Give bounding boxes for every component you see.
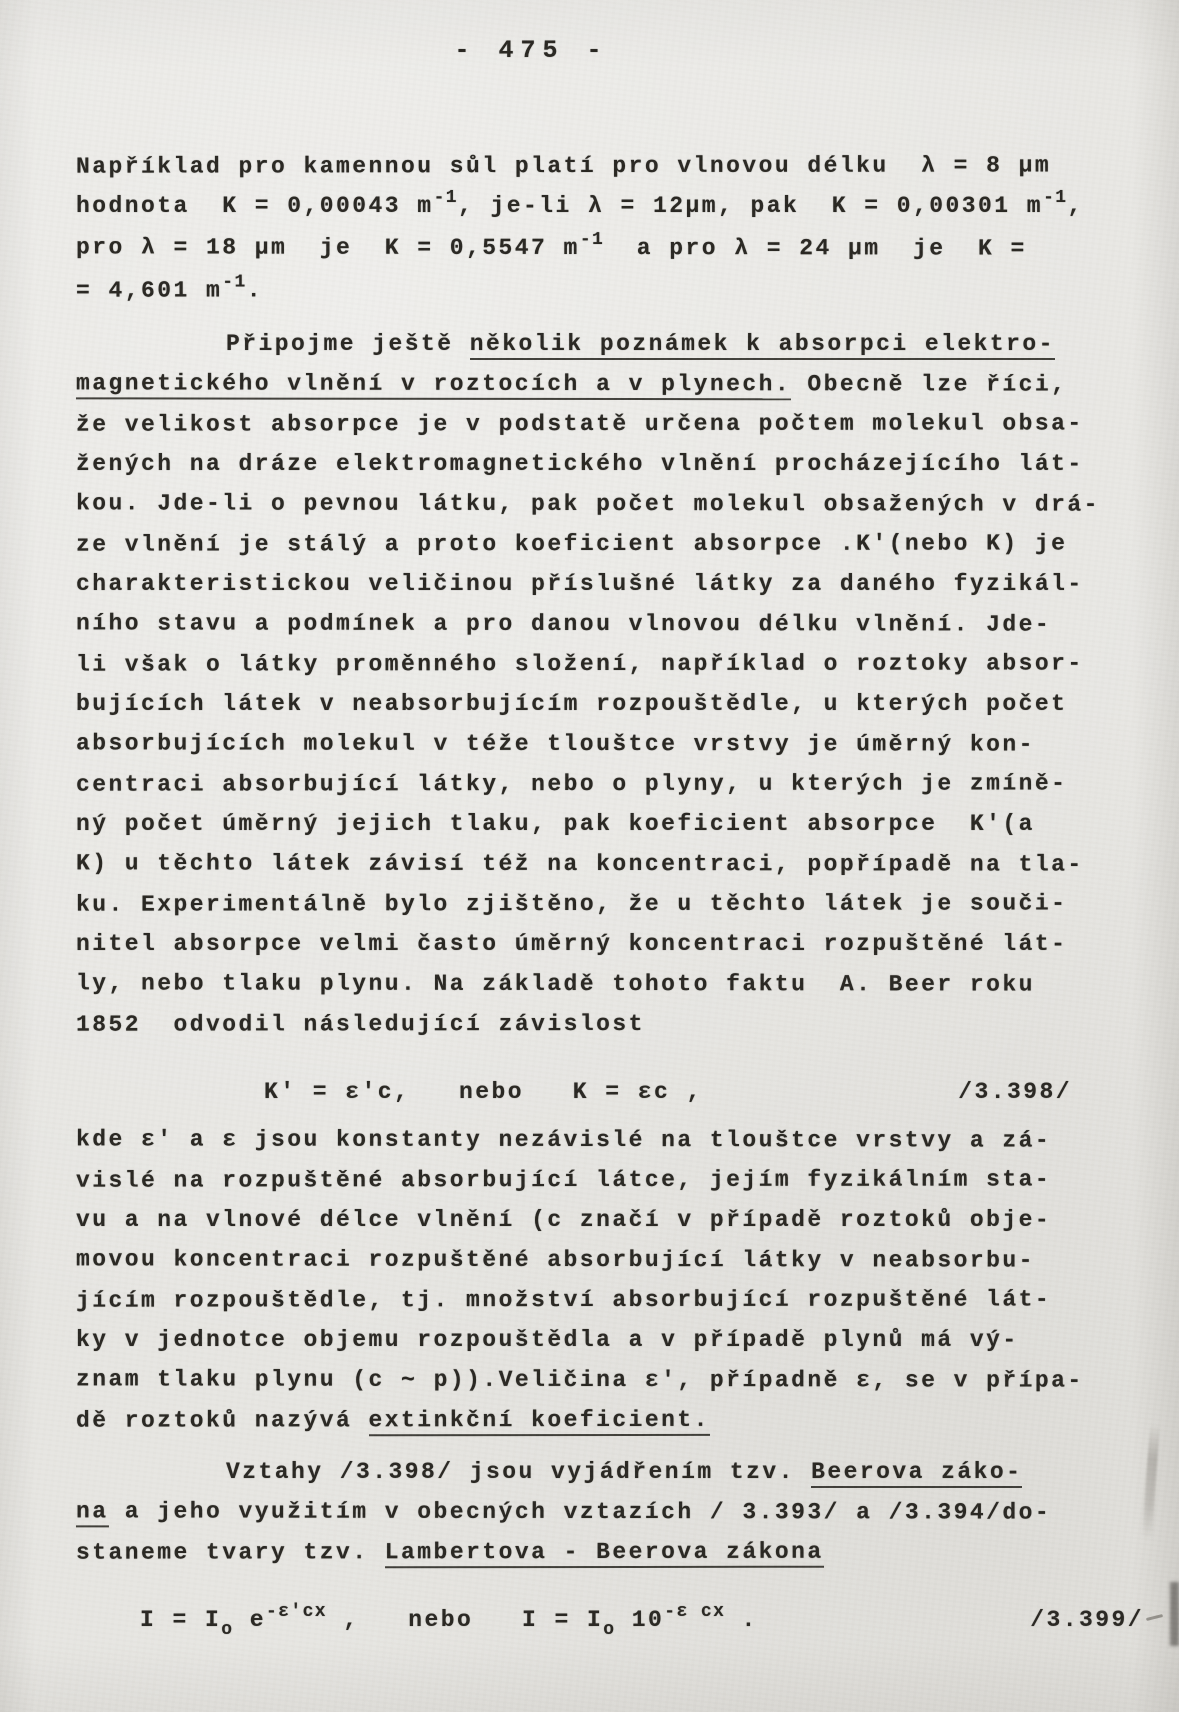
text-segment: -1 <box>580 230 604 250</box>
text-line: pro λ = 18 μm je K = 0,5547 m-1 a pro λ … <box>76 227 1128 270</box>
underlined-text: magnetického vlnění v roztocích a v plyn… <box>76 370 791 400</box>
text-line: centraci absorbující látky, nebo o plyny… <box>76 763 1128 804</box>
text-segment: hodnota K = 0,00043 m <box>76 193 434 219</box>
text-segment: ly, nebo tlaku plynu. Na základě tohoto … <box>76 970 1035 997</box>
text-segment: jícím rozpouštědle, tj. množství absorbu… <box>76 1286 1051 1313</box>
text-line: ný počet úměrný jejich tlaku, pak koefic… <box>76 804 1128 844</box>
text-segment: staneme tvary tzv. <box>76 1539 385 1565</box>
text-segment: Obecně lze říci, <box>791 371 1067 397</box>
text-line: li však o látky proměnného složení, např… <box>76 643 1128 684</box>
page-number: - 475 - <box>0 36 1121 65</box>
text-line: ky v jednotce objemu rozpouštědla a v př… <box>76 1320 1128 1360</box>
text-segment: nitel absorpce velmi často úměrný koncen… <box>76 931 1067 957</box>
edge-smudge <box>1170 1582 1179 1646</box>
page: - 475 - Například pro kamennou sůl platí… <box>0 0 1179 1712</box>
text-segment: , <box>1067 193 1083 219</box>
text-line: kde ε′ a ε jsou konstanty nezávislé na t… <box>76 1119 1128 1160</box>
text-segment: kde ε′ a ε jsou konstanty nezávislé na t… <box>76 1126 1051 1153</box>
text-segment: movou koncentraci rozpuštěné absorbující… <box>76 1246 1035 1273</box>
text-body: Například pro kamennou sůl platí pro vln… <box>76 146 1128 1642</box>
text-line: Vztahy /3.398/ jsou vyjádřením tzv. Beer… <box>76 1452 1128 1492</box>
text-segment: -ε cx <box>664 1602 725 1622</box>
text-segment: , je-li λ = 12μm, pak K = 0,00301 m <box>458 193 1043 219</box>
text-segment: bujících látek v neabsorbujícím rozpoušt… <box>76 691 1067 717</box>
text-line: Připojme ještě několik poznámek k absorp… <box>76 324 1128 364</box>
text-line: staneme tvary tzv. Lambertova - Beerova … <box>76 1531 1128 1572</box>
text-line: znam tlaku plynu (c ∼ p)).Veličina ε′, p… <box>76 1359 1128 1400</box>
text-segment: . <box>247 277 263 303</box>
pencil-mark <box>1142 1424 1160 1540</box>
text-segment: Například pro kamennou sůl platí pro vln… <box>76 152 1051 179</box>
text-line: K) u těchto látek závisí též na koncentr… <box>76 843 1128 884</box>
text-segment: , nebo I = I <box>327 1607 603 1633</box>
text-segment: -1 <box>1043 188 1067 208</box>
text-line: absorbujících molekul v téže tlouštce vr… <box>76 723 1128 764</box>
text-segment: . <box>725 1607 758 1633</box>
pen-tick <box>1146 1614 1163 1621</box>
text-segment: ze vlnění je stálý a proto koeficient ab… <box>76 530 1067 557</box>
text-line: magnetického vlnění v roztocích a v plyn… <box>76 363 1128 404</box>
text-segment: ku. Experimentálně bylo zjištěno, že u t… <box>76 890 1067 917</box>
text-segment: absorbujících molekul v téže tlouštce vr… <box>76 730 1035 757</box>
text-segment: kou. Jde-li o pevnou látku, pak počet mo… <box>76 490 1100 517</box>
text-line: hodnota K = 0,00043 m-1, je-li λ = 12μm,… <box>76 186 1128 228</box>
text-line: dě roztoků nazývá extinkční koeficient. <box>76 1399 1128 1440</box>
text-segment: žených na dráze elektromagnetického vlně… <box>76 451 1084 477</box>
text-segment: Připojme ještě <box>226 331 470 357</box>
text-line: 1852 odvodil následující závislost <box>76 1003 1128 1044</box>
underlined-text: extinkční koeficient. <box>369 1407 710 1436</box>
equation-number: /3.398/ <box>958 1072 1072 1112</box>
text-line: kou. Jde-li o pevnou látku, pak počet mo… <box>76 483 1128 524</box>
text-line: ku. Experimentálně bylo zjištěno, že u t… <box>76 883 1128 924</box>
equation-line: I = Io e-ε′cx , nebo I = Io 10-ε cx ./3.… <box>76 1600 1128 1642</box>
text-segment: I = I <box>140 1607 221 1633</box>
text-segment: znam tlaku plynu (c ∼ p)).Veličina ε′, p… <box>76 1366 1084 1393</box>
text-segment: 1852 odvodil následující závislost <box>76 1011 645 1038</box>
text-segment: a pro λ = 24 μm je K = <box>604 235 1027 262</box>
text-segment: ný počet úměrný jejich tlaku, pak koefic… <box>76 811 1035 837</box>
equation-number: /3.399/ <box>1030 1600 1144 1640</box>
text-line: ze vlnění je stálý a proto koeficient ab… <box>76 523 1128 564</box>
underlined-text: Lambertova - Beerova zákona <box>385 1539 824 1569</box>
text-segment: ky v jednotce objemu rozpouštědla a v př… <box>76 1327 1019 1353</box>
text-segment: li však o látky proměnného složení, např… <box>76 650 1084 677</box>
text-line: žených na dráze elektromagnetického vlně… <box>76 444 1128 484</box>
text-line: jícím rozpouštědle, tj. množství absorbu… <box>76 1279 1128 1320</box>
text-line: movou koncentraci rozpuštěné absorbující… <box>76 1239 1128 1280</box>
text-segment: -ε′cx <box>266 1602 327 1622</box>
text-segment: -1 <box>222 272 246 292</box>
text-segment: K′ = ε′c, nebo K = εc , <box>264 1079 703 1105</box>
text-line: nitel absorpce velmi často úměrný koncen… <box>76 924 1128 964</box>
underlined-text: na <box>76 1498 109 1527</box>
text-segment: vislé na rozpuštěné absorbující látce, j… <box>76 1166 1051 1193</box>
text-segment: = 4,601 m <box>76 277 222 303</box>
text-segment: charakteristickou veličinou příslušné lá… <box>76 571 1084 597</box>
text-segment: centraci absorbující látky, nebo o plyny… <box>76 770 1067 797</box>
text-segment: 10 <box>616 1607 665 1633</box>
text-line: na a jeho využitím v obecných vztazích /… <box>76 1491 1128 1532</box>
text-line: bujících látek v neabsorbujícím rozpoušt… <box>76 684 1128 724</box>
text-segment: dě roztoků nazývá <box>76 1407 369 1433</box>
text-segment: Vztahy /3.398/ jsou vyjádřením tzv. <box>226 1459 811 1485</box>
underlined-text: několik poznámek k absorpci elektro- <box>470 331 1055 360</box>
equation-line: K′ = ε′c, nebo K = εc ,/3.398/ <box>76 1072 1128 1112</box>
text-segment: o <box>603 1620 615 1640</box>
text-segment: o <box>221 1620 233 1640</box>
text-line: že velikost absorpce je v podstatě určen… <box>76 403 1128 444</box>
text-line: ly, nebo tlaku plynu. Na základě tohoto … <box>76 963 1128 1004</box>
text-line: Například pro kamennou sůl platí pro vln… <box>76 145 1128 186</box>
text-segment: že velikost absorpce je v podstatě určen… <box>76 410 1084 437</box>
text-line: vislé na rozpuštěné absorbující látce, j… <box>76 1159 1128 1200</box>
text-segment: e <box>233 1607 266 1633</box>
underlined-text: Beerova záko- <box>811 1459 1022 1488</box>
text-line: charakteristickou veličinou příslušné lá… <box>76 564 1128 604</box>
text-segment: -1 <box>434 188 458 208</box>
text-segment: a jeho využitím v obecných vztazích / 3.… <box>109 1498 1052 1525</box>
text-segment: vu a na vlnové délce vlnění (c značí v p… <box>76 1207 1051 1233</box>
text-line: = 4,601 m-1. <box>76 269 1128 312</box>
text-segment: pro λ = 18 μm je K = 0,5547 m <box>76 234 580 261</box>
text-segment: K) u těchto látek závisí též na koncentr… <box>76 850 1084 877</box>
text-line: ního stavu a podmínek a pro danou vlnovo… <box>76 603 1128 644</box>
text-line: vu a na vlnové délce vlnění (c značí v p… <box>76 1200 1128 1240</box>
text-segment: ního stavu a podmínek a pro danou vlnovo… <box>76 610 1051 637</box>
